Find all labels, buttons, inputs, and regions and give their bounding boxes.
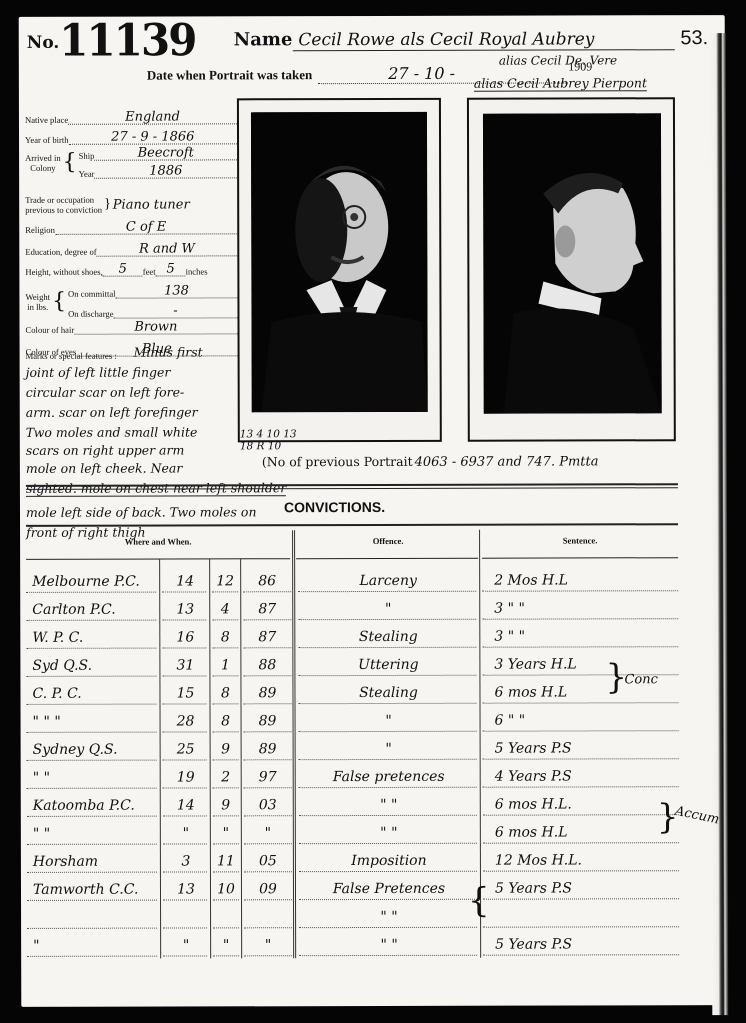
record-number: No. 11139 — [27, 18, 196, 62]
convictions-title: CONVICTIONS. — [284, 499, 385, 515]
arrival-values: Ship Beecroft Year 1886 — [79, 146, 238, 178]
cell-month: " — [212, 937, 240, 953]
weight-discharge-field: On discharge - — [68, 304, 237, 318]
profile-photo-frame — [467, 97, 676, 442]
section-divider — [26, 483, 678, 487]
cell-offence: " " — [299, 825, 479, 841]
cell-offence: " " — [299, 937, 479, 953]
row-rule — [483, 954, 679, 956]
cell-place: C. P. C. — [32, 686, 156, 702]
front-view-photo — [251, 112, 428, 412]
alias-2: alias Cecil Aubrey Pierpont — [474, 75, 647, 91]
record-number-label: No. — [27, 33, 60, 53]
record-number-value: 11139 — [59, 17, 195, 64]
height-inches-value: 5 — [156, 262, 186, 276]
header-underline — [296, 558, 478, 559]
cell-offence: " — [299, 713, 479, 729]
name-label: Name — [234, 29, 293, 50]
ship-value: Beecroft — [94, 146, 237, 160]
table-row: C. P. C.15889Stealing6 mos H.L — [26, 675, 678, 705]
previous-portrait-label: (No of previous Portrait — [262, 454, 413, 469]
cell-month: 1 — [211, 657, 239, 673]
height-inches-label: inches — [186, 266, 208, 276]
portrait-date-year: 1909 — [568, 59, 592, 74]
ship-label: Ship — [79, 151, 95, 161]
name-field: Name Cecil Rowe als Cecil Royal Aubrey 5… — [234, 27, 708, 51]
cell-month: " — [212, 825, 240, 841]
education-label: Education, degree of — [25, 247, 96, 257]
cell-month: 12 — [211, 573, 239, 589]
cell-year: 03 — [243, 797, 293, 813]
table-row: Tamworth C.C.131009False Pretences5 Year… — [27, 871, 679, 901]
row-rule — [163, 955, 207, 956]
cell-year: 86 — [242, 573, 292, 589]
cell-offence: False Pretences — [299, 881, 479, 897]
name-value: Cecil Rowe als Cecil Royal Aubrey — [292, 29, 674, 51]
table-row: W. P. C.16887Stealing3 " " — [26, 619, 678, 649]
trade-label-line-2: previous to conviction — [25, 205, 102, 215]
arrival-field: Arrived in Colony { Ship Beecroft Year 1… — [25, 146, 237, 179]
cell-year: 87 — [242, 601, 292, 617]
brace-icon: { — [468, 884, 490, 918]
arrival-year-label: Year — [79, 169, 95, 179]
cell-day: 14 — [163, 797, 209, 813]
profile-portrait-image — [483, 113, 662, 413]
cell-day: 13 — [162, 601, 208, 617]
weight-committal-label: On committal — [68, 289, 116, 299]
marks-line: mole on left cheek. Near — [26, 460, 182, 475]
native-place-label: Native place — [25, 115, 68, 125]
cell-place: Katoomba P.C. — [33, 798, 157, 814]
photo-stamp-line-1: 13 4 10 13 — [240, 428, 297, 440]
cell-month: 10 — [212, 881, 240, 897]
weight-label-line-2: in lbs. — [25, 302, 50, 312]
row-rule — [244, 955, 292, 956]
weight-values: On committal 138 On discharge - — [68, 284, 237, 318]
table-row: Carlton P.C.13487"3 " " — [26, 591, 678, 621]
cell-sentence: 6 mos H.L. — [495, 796, 679, 812]
cell-offence: " " — [299, 909, 479, 925]
table-row: Horsham31105Imposition12 Mos H.L. — [27, 843, 679, 873]
cell-sentence: 6 mos H.L — [495, 824, 679, 840]
cell-place: Tamworth C.C. — [33, 882, 157, 898]
cell-sentence: 5 Years P.S — [495, 740, 679, 756]
cell-day: 25 — [163, 741, 209, 757]
trade-label: Trade or occupation previous to convicti… — [25, 195, 102, 215]
arrived-label: Arrived in Colony — [25, 153, 61, 173]
cell-year: 89 — [242, 685, 292, 701]
cell-sentence: 3 " " — [494, 600, 678, 616]
header-offence: Offence. — [296, 536, 480, 546]
cell-place: Syd Q.S. — [32, 658, 156, 674]
cell-month: 9 — [212, 741, 240, 757]
year-of-birth-label: Year of birth — [25, 135, 69, 145]
row-rule — [27, 956, 157, 957]
marks-line: mole left side of back. Two moles on — [26, 504, 257, 520]
previous-portrait-value: 4063 - 6937 and 747. Pmtta — [415, 454, 599, 469]
cell-offence: Uttering — [298, 657, 478, 673]
row-rule — [299, 955, 477, 956]
photo-stamp-line-2: 18 R 10 — [240, 440, 281, 452]
brace-icon: { — [52, 293, 66, 311]
cell-place: " " — [33, 770, 157, 786]
trade-field: Trade or occupation previous to convicti… — [25, 194, 237, 215]
previous-portrait-field: (No of previous Portrait 4063 - 6937 and… — [262, 453, 599, 470]
cell-year: 89 — [243, 741, 293, 757]
cell-place: Horsham — [33, 854, 157, 870]
header-underline — [482, 557, 678, 559]
row-rule — [213, 955, 239, 956]
cell-place: Carlton P.C. — [32, 602, 156, 618]
cell-offence: Larceny — [298, 573, 478, 589]
cell-offence: " — [299, 741, 479, 757]
religion-field: Religion C of E — [25, 220, 237, 235]
page-edge-shadow — [710, 33, 729, 1015]
cell-year: " — [243, 825, 293, 841]
cell-month: 9 — [212, 797, 240, 813]
height-label: Height, without shoes, — [25, 267, 102, 277]
cell-day: " — [163, 825, 209, 841]
hair-colour-label: Colour of hair — [26, 325, 75, 335]
table-row: " " — [27, 899, 679, 929]
weight-discharge-label: On discharge — [68, 309, 113, 319]
cell-sentence: 5 Years P.S — [495, 880, 679, 896]
arrived-label-line-1: Arrived in — [25, 153, 61, 163]
cell-month: 8 — [211, 685, 239, 701]
cell-offence: Stealing — [298, 685, 478, 701]
cell-sentence: 6 " " — [495, 712, 679, 728]
marks-line: circular scar on left fore- — [26, 384, 185, 399]
cell-offence: Imposition — [299, 853, 479, 869]
weight-committal-value: 138 — [116, 284, 238, 298]
cell-day: 16 — [162, 629, 208, 645]
table-row: " "19297False pretences4 Years P.S — [27, 759, 679, 789]
cell-year: 09 — [243, 881, 293, 897]
particulars-section: Native place England Year of birth 27 - … — [25, 102, 237, 103]
cell-day: 3 — [163, 853, 209, 869]
hair-colour-value: Brown — [74, 320, 237, 334]
weight-label-line-1: Weight — [25, 292, 50, 302]
hair-colour-field: Colour of hair Brown — [26, 320, 238, 335]
year-of-birth-value: 27 - 9 - 1866 — [69, 130, 238, 144]
portrait-date-label: Date when Portrait was taken — [147, 67, 312, 83]
cell-month: 8 — [211, 629, 239, 645]
cell-month: 11 — [212, 853, 240, 869]
cell-sentence: 3 Years H.L — [494, 656, 678, 672]
cell-year: 05 — [243, 853, 293, 869]
cell-offence: " — [298, 601, 478, 617]
cell-offence: " " — [299, 797, 479, 813]
page-number: 53. — [680, 27, 708, 50]
cell-month: 4 — [211, 601, 239, 617]
cell-place: " — [33, 938, 157, 954]
cell-year: 89 — [243, 713, 293, 729]
table-row: " """"" "6 mos H.L — [27, 815, 679, 845]
religion-label: Religion — [25, 225, 55, 235]
weight-field: Weight in lbs. { On committal 138 On dis… — [25, 284, 237, 319]
cell-sentence: 2 Mos H.L — [494, 572, 678, 588]
ship-field: Ship Beecroft — [79, 146, 237, 160]
cell-day: " — [163, 937, 209, 953]
table-row: Sydney Q.S.25989"5 Years P.S — [27, 731, 679, 761]
table-row: """"" "5 Years P.S — [27, 927, 679, 957]
cell-offence: False pretences — [299, 769, 479, 785]
education-value: R and W — [97, 242, 238, 256]
cell-place: W. P. C. — [32, 630, 156, 646]
cell-sentence: 3 " " — [494, 628, 678, 644]
cell-year: 97 — [243, 769, 293, 785]
brace-icon: { — [63, 154, 77, 172]
marks-line: Two moles and small white — [26, 424, 198, 439]
trade-value: Piano tuner — [113, 198, 237, 211]
cell-day: 31 — [162, 657, 208, 673]
marks-line: scars on right upper arm — [26, 442, 185, 457]
cell-place: Melbourne P.C. — [32, 574, 156, 590]
religion-value: C of E — [55, 220, 237, 234]
arrived-label-line-2: Colony — [25, 163, 61, 173]
table-row: Syd Q.S.31188Uttering3 Years H.L — [26, 647, 678, 677]
cell-sentence: 12 Mos H.L. — [495, 852, 679, 868]
marks-line: joint of left little finger — [26, 365, 171, 380]
header-sentence: Sentence. — [482, 535, 678, 546]
height-feet-label: feet — [143, 267, 156, 277]
cell-day: 15 — [162, 685, 208, 701]
marks-label: Marks or special features : — [26, 351, 117, 361]
arrival-year-value: 1886 — [94, 164, 237, 178]
table-row: Katoomba P.C.14903" "6 mos H.L. — [27, 787, 679, 817]
concurrent-note: Conc — [624, 672, 657, 687]
cell-month: 8 — [212, 713, 240, 729]
cell-sentence: 5 Years P.S — [495, 936, 679, 952]
cell-offence: Stealing — [298, 629, 478, 645]
weight-discharge-value: - — [114, 304, 238, 318]
native-place-value: England — [68, 110, 237, 124]
criminal-record-page: No. 11139 Name Cecil Rowe als Cecil Roya… — [19, 15, 728, 1007]
section-divider — [26, 523, 678, 527]
front-photo-frame — [237, 98, 442, 443]
cell-place: " " — [33, 826, 157, 842]
cell-day: 28 — [163, 713, 209, 729]
cell-sentence: 4 Years P.S — [495, 768, 679, 784]
cell-place: Sydney Q.S. — [33, 742, 157, 758]
marks-line: Minus first — [134, 344, 203, 359]
cell-year: 88 — [242, 657, 292, 673]
height-feet-value: 5 — [103, 263, 143, 277]
arrival-year-field: Year 1886 — [79, 164, 237, 178]
brace-icon: } — [104, 197, 111, 213]
weight-label: Weight in lbs. — [25, 292, 50, 312]
cell-month: 2 — [212, 769, 240, 785]
cell-day: 19 — [163, 769, 209, 785]
weight-committal-field: On committal 138 — [68, 284, 237, 298]
marks-line: arm. scar on left forefinger — [26, 404, 198, 419]
trade-label-line-1: Trade or occupation — [25, 195, 102, 205]
profile-view-photo — [483, 113, 662, 413]
header-where-when: Where and When. — [26, 536, 290, 547]
cell-year: " — [243, 937, 293, 953]
cell-place: " " " — [33, 714, 157, 730]
table-row: Melbourne P.C.141286Larceny2 Mos H.L — [26, 563, 678, 593]
cell-day: 13 — [163, 881, 209, 897]
table-row: " " "28889"6 " " — [27, 703, 679, 733]
year-of-birth-field: Year of birth 27 - 9 - 1866 — [25, 130, 237, 145]
native-place-field: Native place England — [25, 110, 237, 125]
front-portrait-image — [251, 112, 428, 412]
cell-year: 87 — [242, 629, 292, 645]
education-field: Education, degree of R and W — [25, 242, 237, 257]
cell-day: 14 — [162, 573, 208, 589]
height-field: Height, without shoes, 5 feet 5 inches — [25, 262, 237, 277]
